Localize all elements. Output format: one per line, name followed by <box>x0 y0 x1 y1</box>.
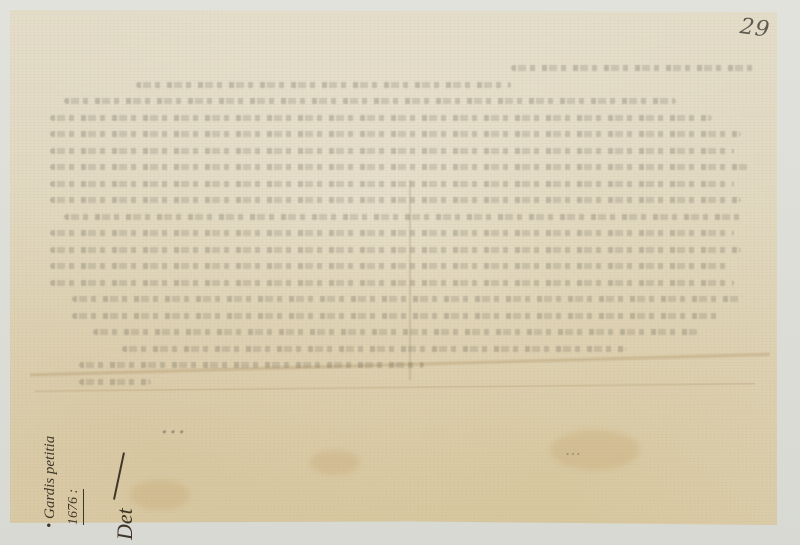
faint-dated-line: … <box>565 440 581 459</box>
text-line <box>50 181 734 187</box>
text-line <box>50 230 734 236</box>
text-line <box>64 214 741 220</box>
text-line <box>50 197 741 203</box>
margin-annotation-year: 1676 : <box>66 489 84 525</box>
text-line <box>136 82 510 88</box>
folio-number: 29 <box>738 14 771 43</box>
text-line <box>72 296 742 302</box>
margin-annotation-det: Det <box>112 508 138 540</box>
text-line <box>64 98 676 104</box>
stain <box>310 450 360 475</box>
manuscript-page: … … <box>10 10 777 525</box>
faint-signature-flourish: … <box>160 410 186 440</box>
text-line <box>50 247 741 253</box>
text-line <box>50 115 712 121</box>
text-line <box>511 65 756 71</box>
text-line <box>72 313 720 319</box>
text-line <box>50 131 741 137</box>
text-line <box>79 362 425 368</box>
stain <box>130 480 190 510</box>
bleed-through-text-block <box>50 65 770 395</box>
text-line <box>93 329 698 335</box>
text-line <box>50 263 727 269</box>
text-line <box>50 280 734 286</box>
text-line <box>50 164 748 170</box>
margin-annotation-gardis: • Gardis petitia <box>42 436 59 528</box>
text-line <box>122 346 626 352</box>
text-line <box>50 148 734 154</box>
stain <box>550 430 640 470</box>
text-line <box>79 379 151 385</box>
